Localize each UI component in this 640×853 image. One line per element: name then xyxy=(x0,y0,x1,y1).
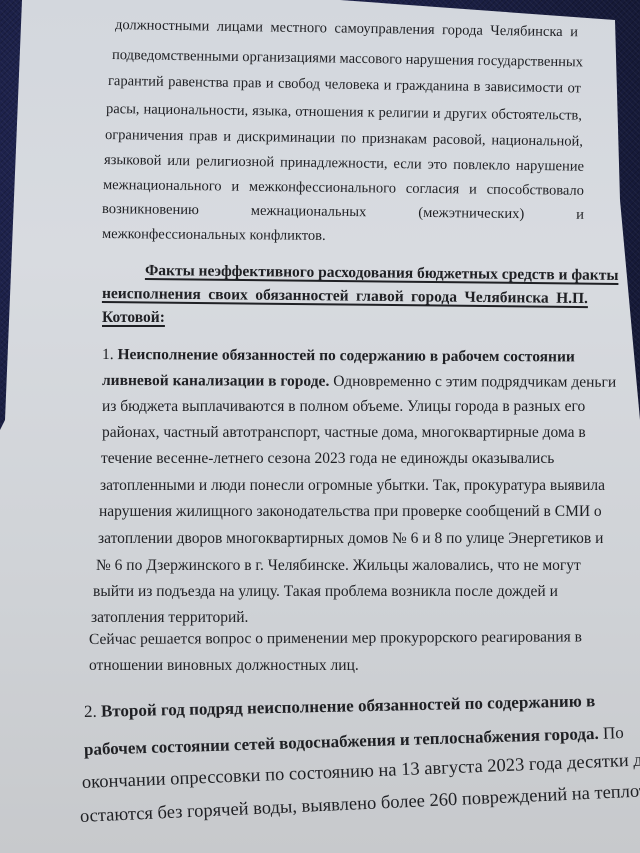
intro-line-text: межнационального и межконфессионального … xyxy=(103,177,584,200)
item1-line: ливневой канализации в городе. Одновреме… xyxy=(102,372,616,392)
intro-line: языковой или религиозной принадлежности,… xyxy=(104,152,584,176)
item1-text: затопленными и люди понесли огромные убы… xyxy=(100,477,605,494)
item1-line: выйти из подъезда на улицу. Такая пробле… xyxy=(93,583,558,601)
intro-line-text: межконфессиональных конфликтов. xyxy=(102,226,326,244)
intro-line: подведомственными организациями массовог… xyxy=(112,47,580,71)
intro-line: межнационального и межконфессионального … xyxy=(103,177,584,200)
section-heading-line: Факты неэффективного расходования бюджет… xyxy=(145,262,588,285)
item1-text: районах, частный автотранспорт, частные … xyxy=(102,424,586,441)
intro-line: межконфессиональных конфликтов. xyxy=(102,226,326,245)
item2-title-line: 2. Второй год подряд неисполнение обязан… xyxy=(84,691,596,722)
intro-line: расы, национальности, языка, отношения к… xyxy=(106,101,582,125)
item1-text: № 6 по Дзержинского в г. Челябинске. Жил… xyxy=(96,557,581,574)
item1-text: нарушения жилищного законодательства при… xyxy=(99,503,602,520)
section-heading-line: неисполнения своих обязанностей главой г… xyxy=(102,285,588,308)
item2-bold-text: рабочем состоянии сетей водоснабжения и … xyxy=(84,724,599,759)
item1-text: отношении виновных должностных лиц. xyxy=(89,657,359,674)
intro-line: гарантий равенства прав и свобод человек… xyxy=(108,73,581,97)
item1-text: выйти из подъезда на улицу. Такая пробле… xyxy=(93,583,558,600)
item1-line: течение весенне-летнего сезона 2023 года… xyxy=(101,450,554,468)
item1-text: Одновременно с этим подрядчикам деньги xyxy=(333,373,616,391)
section-heading-text: Котовой: xyxy=(102,309,165,326)
document-page: должностными лицами местного самоуправле… xyxy=(0,0,640,853)
item1-line: Сейчас решается вопрос о применении мер … xyxy=(89,628,582,649)
item2-bold-text: Второй год подряд неисполнение обязаннос… xyxy=(101,691,596,720)
item1-line: нарушения жилищного законодательства при… xyxy=(99,503,602,521)
item1-line: затопленными и люди понесли огромные убы… xyxy=(100,477,605,495)
item1-number: 1. xyxy=(102,346,114,363)
item1-title-line: 1. Неисполнение обязанностей по содержан… xyxy=(102,346,575,366)
intro-line-text: ограничения прав и дискриминации по приз… xyxy=(105,127,583,151)
item1-bold-text: ливневой канализации в городе. xyxy=(102,372,329,390)
item1-bold-text: Неисполнение обязанностей по содержанию … xyxy=(117,346,574,365)
section-heading-text: Факты неэффективного расходования бюджет… xyxy=(145,262,588,285)
intro-line-text: возникновению межнациональных (межэтниче… xyxy=(102,201,584,224)
item2-number: 2. xyxy=(84,702,97,721)
item1-text: Сейчас решается вопрос о применении мер … xyxy=(89,628,582,648)
intro-line: должностными лицами местного самоуправле… xyxy=(115,17,578,41)
intro-line: ограничения прав и дискриминации по приз… xyxy=(105,127,583,151)
item1-line: затопления территорий. xyxy=(91,609,248,627)
intro-line-text: расы, национальности, языка, отношения к… xyxy=(106,101,582,125)
item1-line: районах, частный автотранспорт, частные … xyxy=(102,424,586,442)
intro-line: возникновению межнациональных (межэтниче… xyxy=(102,201,584,224)
section-heading-text: неисполнения своих обязанностей главой г… xyxy=(102,285,588,308)
item1-line: из бюджета выплачиваются в полном объеме… xyxy=(102,398,585,416)
intro-line-text: подведомственными организациями массовог… xyxy=(112,47,580,71)
intro-line-text: гарантий равенства прав и свобод человек… xyxy=(108,73,581,97)
item1-line: затоплении дворов многоквартирных домов … xyxy=(98,530,603,548)
item1-text: течение весенне-летнего сезона 2023 года… xyxy=(101,450,554,467)
item1-text: затопления территорий. xyxy=(91,609,248,626)
item1-text: из бюджета выплачиваются в полном объеме… xyxy=(102,398,585,415)
item1-text: затоплении дворов многоквартирных домов … xyxy=(98,530,603,547)
item1-line: отношении виновных должностных лиц. xyxy=(89,657,359,675)
section-heading-line: Котовой: xyxy=(102,309,165,327)
item1-line: № 6 по Дзержинского в г. Челябинске. Жил… xyxy=(96,557,581,575)
item2-text: По xyxy=(603,723,624,743)
intro-line-text: языковой или религиозной принадлежности,… xyxy=(104,152,584,176)
intro-line-text: должностными лицами местного самоуправле… xyxy=(115,17,578,41)
